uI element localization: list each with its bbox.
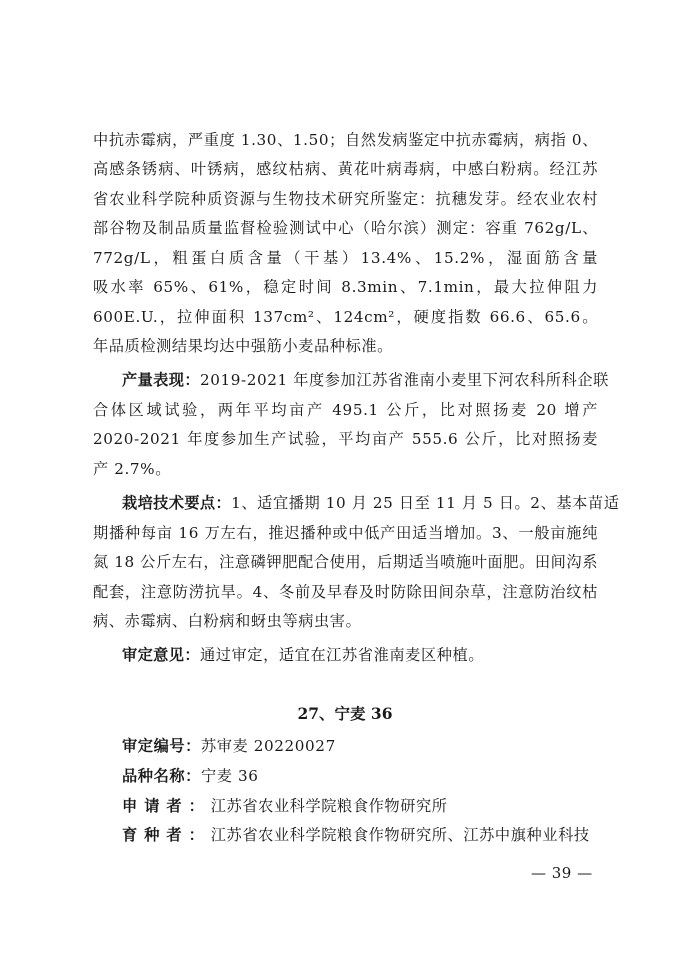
field-breeder: 育种者：江苏省农业科学院粮食作物研究所、江苏中旗种业科技 <box>122 825 590 845</box>
yield-label: 产量表现： <box>122 370 200 390</box>
field-variety-name: 品种名称：宁麦 36 <box>122 766 258 786</box>
text-line: 高感条锈病、叶锈病，感纹枯病、黄花叶病毒病，中感白粉病。经江苏 <box>93 159 598 179</box>
text-line: 合体区域试验，两年平均亩产 495.1 公斤，比对照扬麦 20 增产 1.4%。 <box>93 400 598 420</box>
field-approval-number: 审定编号：苏审麦 20220027 <box>122 736 336 756</box>
opinion-label: 审定意见： <box>122 646 200 664</box>
field-value: 宁麦 36 <box>201 767 259 785</box>
field-value: 苏审麦 20220027 <box>201 737 336 755</box>
document-page: 中抗赤霉病，严重度 1.30、1.50；自然发病鉴定中抗赤霉病，病指 0、6.9… <box>0 0 690 975</box>
field-applicant: 申请者：江苏省农业科学院粮食作物研究所 <box>122 796 448 816</box>
field-label: 申请者： <box>122 796 211 816</box>
text-line: 部谷物及制品质量监督检验测试中心（哈尔滨）测定：容重 762g/L、 <box>93 218 598 238</box>
text-line: 栽培技术要点： 1、适宜播期 10 月 25 日至 11 月 5 日。2、基本苗… <box>122 493 598 513</box>
text-line: 772g/L，粗蛋白质含量（干基）13.4%、15.2%，湿面筋含量 30.8%… <box>93 248 598 268</box>
opinion-text: 通过审定，适宜在江苏省淮南麦区种植。 <box>200 646 484 664</box>
text-line: 产量表现： 2019-2021 年度参加江苏省淮南小麦里下河农科所科企联 <box>122 370 598 390</box>
field-label: 品种名称： <box>122 766 201 786</box>
text-line: 期播种每亩 16 万左右，推迟播种或中低产田适当增加。3、一般亩施纯 <box>93 523 598 543</box>
field-label: 审定编号： <box>122 736 201 756</box>
text-line: 氮 18 公斤左右，注意磷钾肥配合使用，后期适当喷施叶面肥。田间沟系 <box>93 552 598 572</box>
field-value: 江苏省农业科学院粮食作物研究所 <box>211 797 448 815</box>
text-line: 2020-2021 年度参加生产试验，平均亩产 555.6 公斤，比对照扬麦 2… <box>93 429 598 449</box>
field-value: 江苏省农业科学院粮食作物研究所、江苏中旗种业科技 <box>211 826 590 844</box>
text-line: 中抗赤霉病，严重度 1.30、1.50；自然发病鉴定中抗赤霉病，病指 0、6.9… <box>93 130 598 150</box>
cultivation-text: 1、适宜播期 10 月 25 日至 11 月 5 日。2、基本苗适 <box>231 493 619 513</box>
opinion-paragraph: 审定意见：通过审定，适宜在江苏省淮南麦区种植。 <box>122 645 598 665</box>
text-line: 省农业科学院种质资源与生物技术研究所鉴定：抗穗发芽。经农业农村 <box>93 189 598 209</box>
text-line: 年品质检测结果均达中强筋小麦品种标准。 <box>93 336 598 356</box>
yield-text: 2019-2021 年度参加江苏省淮南小麦里下河农科所科企联 <box>200 370 609 390</box>
section-heading: 27、宁麦 36 <box>0 702 690 724</box>
text-line: 病、赤霉病、白粉病和蚜虫等病虫害。 <box>93 611 598 631</box>
text-line: 600E.U.，拉伸面积 137cm²、124cm²，硬度指数 66.6、65.… <box>93 307 598 327</box>
text-line: 配套，注意防涝抗旱。4、冬前及早春及时防除田间杂草，注意防治纹枯 <box>93 582 598 602</box>
text-line: 吸水率 65%、61%，稳定时间 8.3min、7.1min，最大拉伸阻力 54… <box>93 277 598 297</box>
cultivation-label: 栽培技术要点： <box>122 493 231 513</box>
text-line: 产 2.7%。 <box>93 459 598 479</box>
page-number: — 39 — <box>531 864 593 882</box>
field-label: 育种者： <box>122 825 211 845</box>
